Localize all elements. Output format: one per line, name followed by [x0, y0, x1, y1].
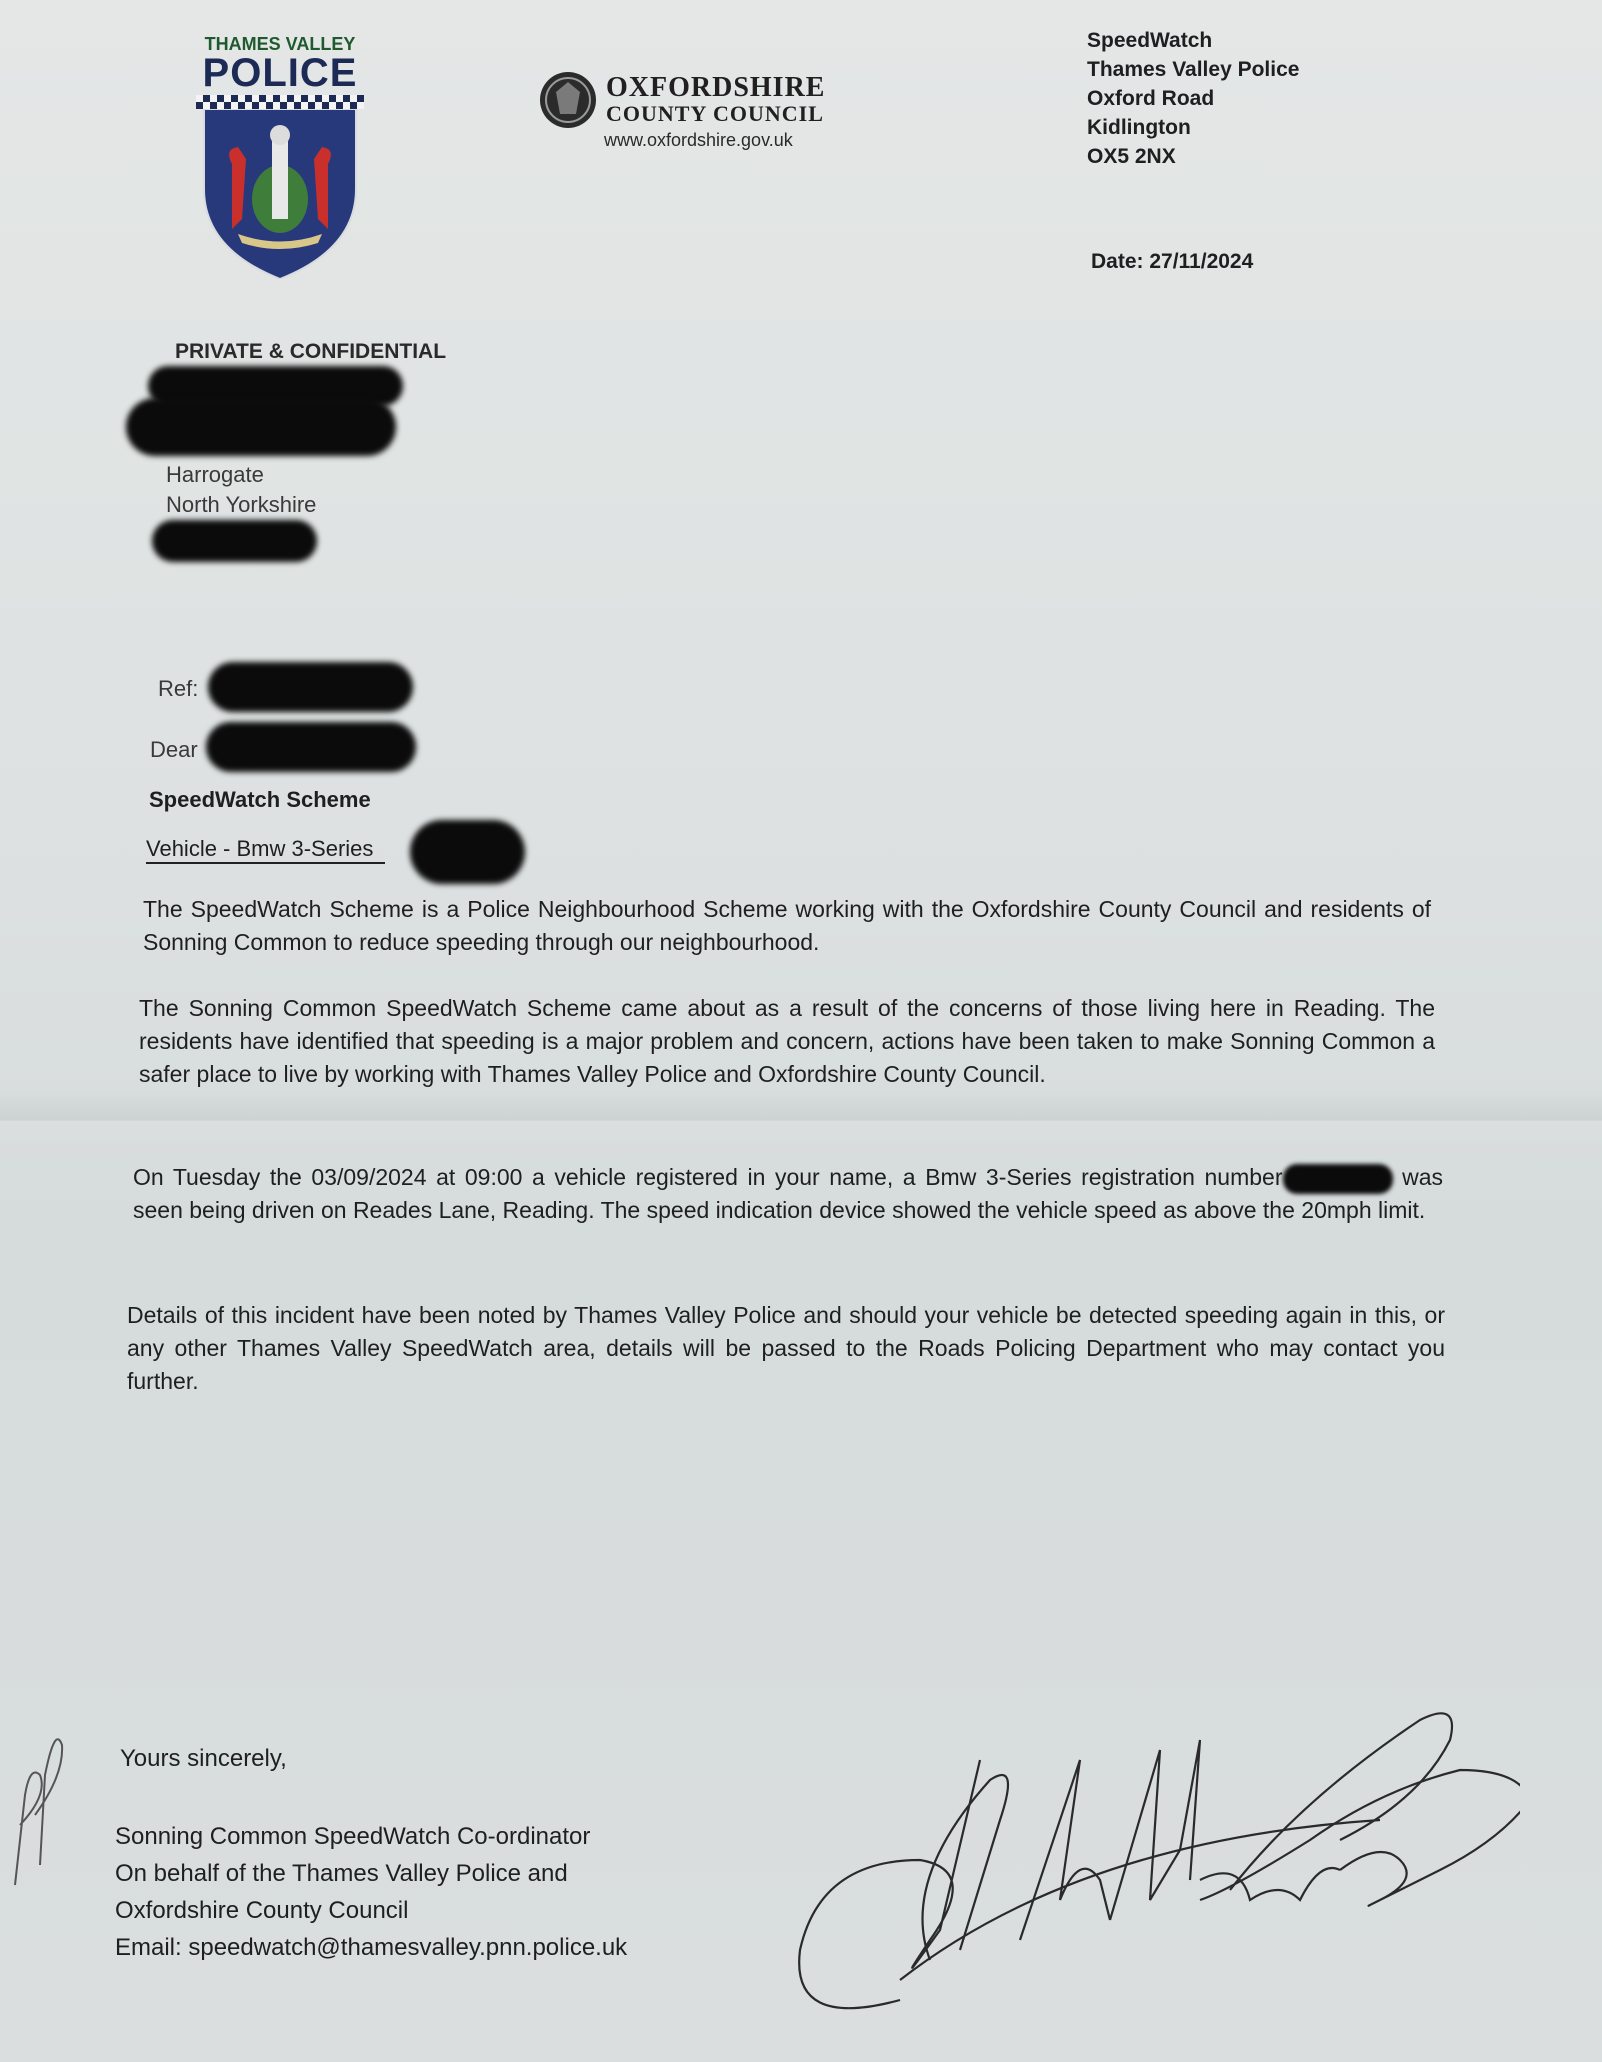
- paper-fold: [0, 1090, 1602, 1150]
- recipient-town: Harrogate: [166, 462, 264, 488]
- council-crest-icon: [538, 70, 598, 130]
- recipient-county: North Yorkshire: [166, 492, 316, 518]
- signatory-line: Oxfordshire County Council: [115, 1892, 627, 1929]
- sender-line: SpeedWatch: [1087, 26, 1299, 55]
- closing: Yours sincerely,: [120, 1745, 287, 1773]
- redaction-mark: [206, 722, 416, 772]
- body-paragraph-4: Details of this incident have been noted…: [127, 1299, 1445, 1398]
- private-confidential-label: PRIVATE & CONFIDENTIAL: [175, 340, 446, 364]
- vehicle-line: Vehicle - Bmw 3-Series: [146, 836, 385, 864]
- reference-label: Ref:: [158, 676, 198, 702]
- signatory-block: Sonning Common SpeedWatch Co-ordinator O…: [115, 1818, 627, 1966]
- body-paragraph-2: The Sonning Common SpeedWatch Scheme cam…: [139, 992, 1435, 1091]
- signatory-email: Email: speedwatch@thamesvalley.pnn.polic…: [115, 1929, 627, 1966]
- sender-line: Kidlington: [1087, 113, 1299, 142]
- sender-address: SpeedWatch Thames Valley Police Oxford R…: [1087, 26, 1299, 171]
- body-paragraph-1: The SpeedWatch Scheme is a Police Neighb…: [143, 893, 1431, 959]
- redaction-mark: [126, 398, 396, 456]
- redaction-mark: [208, 662, 413, 712]
- letter-date: Date: 27/11/2024: [1091, 250, 1253, 274]
- pp-mark-icon: [0, 1715, 90, 1915]
- council-logo-line1: OXFORDSHIRE: [606, 74, 825, 102]
- thames-valley-police-logo: THAMES VALLEY POLICE: [190, 34, 370, 284]
- redaction-mark: [410, 820, 525, 884]
- oxfordshire-county-council-logo: OXFORDSHIRE COUNTY COUNCIL: [538, 70, 825, 130]
- body-paragraph-3: On Tuesday the 03/09/2024 at 09:00 a veh…: [133, 1161, 1443, 1227]
- incident-text-start: On Tuesday the 03/09/2024 at 09:00 a veh…: [133, 1164, 1283, 1190]
- sender-line: OX5 2NX: [1087, 142, 1299, 171]
- subject-line: SpeedWatch Scheme: [149, 787, 371, 813]
- signatory-title: Sonning Common SpeedWatch Co-ordinator: [115, 1818, 627, 1855]
- sender-line: Oxford Road: [1087, 84, 1299, 113]
- salutation: Dear: [150, 737, 198, 763]
- handwritten-signature-icon: [780, 1700, 1520, 2040]
- redaction-mark: [152, 520, 317, 562]
- signatory-line: On behalf of the Thames Valley Police an…: [115, 1855, 627, 1892]
- checker-band: [196, 95, 364, 109]
- police-crest-icon: [202, 109, 358, 279]
- police-logo-line2: POLICE: [190, 55, 370, 91]
- sender-line: Thames Valley Police: [1087, 55, 1299, 84]
- council-logo-line2: COUNTY COUNCIL: [606, 102, 825, 126]
- registration-redaction: [1283, 1164, 1393, 1194]
- council-website: www.oxfordshire.gov.uk: [604, 130, 793, 151]
